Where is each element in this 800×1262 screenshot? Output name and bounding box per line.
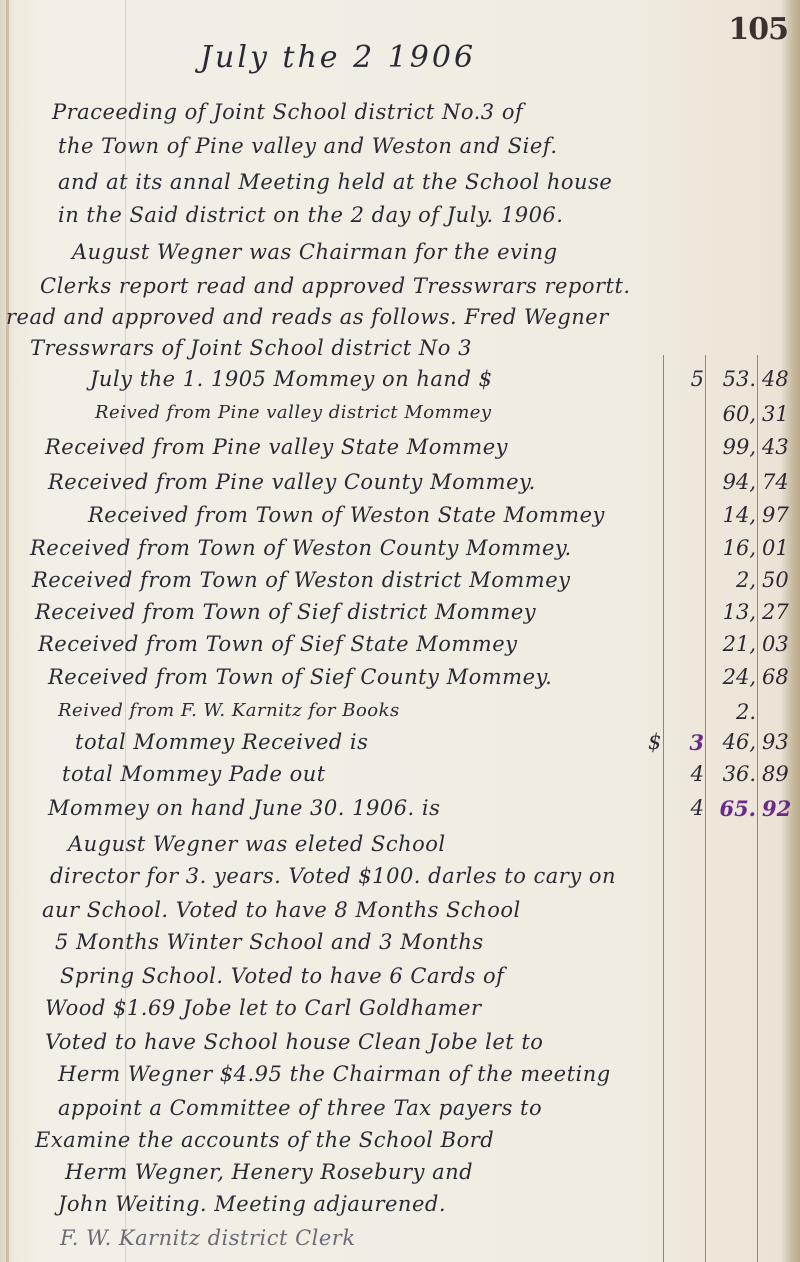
- intro-line: Praceeding of Joint School district No.3…: [52, 100, 523, 124]
- ledger-dollars: 24,: [708, 665, 756, 689]
- ledger-label: Reived from F. W. Karnitz for Books: [58, 700, 400, 721]
- ledger-label: Received from Pine valley County Mommey.: [48, 470, 536, 494]
- ledger-label: Received from Town of Sief district Momm…: [35, 600, 536, 624]
- ledger-cents: 31: [762, 402, 794, 426]
- minutes-line: Examine the accounts of the School Bord: [35, 1128, 494, 1152]
- ledger-dollars: 13,: [708, 600, 756, 624]
- ledger-dollars: 2,: [708, 568, 756, 592]
- total-received-dollars: 46,: [708, 730, 756, 754]
- total-paid-hundreds: 4: [674, 762, 704, 786]
- ledger-dollars: 14,: [708, 503, 756, 527]
- intro-line: read and approved and reads as follows. …: [6, 305, 609, 329]
- intro-line: Tresswrars of Joint School district No 3: [30, 336, 472, 360]
- ledger-cents: 50: [762, 568, 794, 592]
- total-received-dollar-sign: $: [648, 730, 661, 754]
- ledger-label: Received from Town of Weston district Mo…: [32, 568, 571, 592]
- ledger-label: Received from Town of Sief State Mommey: [38, 632, 518, 656]
- intro-line: and at its annal Meeting held at the Sch…: [58, 170, 612, 194]
- minutes-line: John Weiting. Meeting adjaurened.: [58, 1192, 446, 1216]
- ledger-cents: 43: [762, 435, 794, 459]
- total-received-label: total Mommey Received is: [75, 730, 368, 754]
- page-binding-edge: [6, 0, 9, 1262]
- ledger-cents: 68: [762, 665, 794, 689]
- column-rule-cents: [757, 355, 758, 1262]
- minutes-line: Herm Wegner $4.95 the Chairman of the me…: [58, 1062, 611, 1086]
- total-received-cents: 93: [762, 730, 794, 754]
- total-paid-dollars: 36.: [708, 762, 756, 786]
- ledger-cents: 01: [762, 536, 794, 560]
- ledger-dollars: 60,: [708, 402, 756, 426]
- minutes-line: Spring School. Voted to have 6 Cards of: [60, 964, 504, 988]
- ledger-cents: 27: [762, 600, 794, 624]
- intro-line: August Wegner was Chairman for the eving: [72, 240, 558, 264]
- minutes-line: Wood $1.69 Jobe let to Carl Goldhamer: [45, 996, 482, 1020]
- ledger-label: Reived from Pine valley district Mommey: [95, 402, 492, 423]
- ledger-dollars: 2.: [708, 700, 756, 724]
- total-received-hundreds: 3: [674, 730, 704, 755]
- clerk-signature: F. W. Karnitz district Clerk: [60, 1226, 356, 1250]
- ledger-dollars: 21,: [708, 632, 756, 656]
- balance-cents: 92: [762, 796, 794, 821]
- balance-label: Mommey on hand June 30. 1906. is: [48, 796, 440, 820]
- entry-date-title: July the 2 1906: [200, 40, 476, 75]
- intro-line: Clerks report read and approved Tresswra…: [40, 274, 631, 298]
- minutes-line: Voted to have School house Clean Jobe le…: [45, 1030, 543, 1054]
- page-number: 105: [728, 12, 788, 47]
- ledger-page: 105 July the 2 1906 Praceeding of Joint …: [0, 0, 800, 1262]
- intro-line: the Town of Pine valley and Weston and S…: [58, 134, 558, 158]
- minutes-line: aur School. Voted to have 8 Months Schoo…: [42, 898, 521, 922]
- ledger-label: Received from Town of Weston State Momme…: [88, 503, 605, 527]
- total-paid-label: total Mommey Pade out: [62, 762, 326, 786]
- ledger-cents: 74: [762, 470, 794, 494]
- column-rule-dollars: [705, 355, 706, 1262]
- minutes-line: director for 3. years. Voted $100. darle…: [50, 864, 616, 888]
- minutes-line: Herm Wegner, Henery Rosebury and: [65, 1160, 473, 1184]
- ledger-dollars: 94,: [708, 470, 756, 494]
- ledger-dollars: 16,: [708, 536, 756, 560]
- minutes-line: 5 Months Winter School and 3 Months: [55, 930, 484, 954]
- balance-dollars: 65.: [708, 796, 756, 821]
- balance-hundreds: 4: [674, 796, 704, 820]
- ledger-dollars: 53.: [708, 367, 756, 391]
- ledger-dollars: 99,: [708, 435, 756, 459]
- minutes-line: August Wegner was eleted School: [68, 832, 446, 856]
- ledger-label: Received from Town of Weston County Momm…: [30, 536, 572, 560]
- ledger-label: Received from Pine valley State Mommey: [45, 435, 508, 459]
- ledger-cents: 48: [762, 367, 794, 391]
- intro-line: in the Said district on the 2 day of Jul…: [58, 203, 563, 227]
- minutes-line: appoint a Committee of three Tax payers …: [58, 1096, 542, 1120]
- column-rule-hundreds: [663, 355, 664, 1262]
- ledger-label: Received from Town of Sief County Mommey…: [48, 665, 552, 689]
- ledger-label: July the 1. 1905 Mommey on hand $: [90, 367, 492, 391]
- ledger-hundreds: 5: [674, 367, 704, 391]
- ledger-cents: 03: [762, 632, 794, 656]
- ledger-cents: 97: [762, 503, 794, 527]
- total-paid-cents: 89: [762, 762, 794, 786]
